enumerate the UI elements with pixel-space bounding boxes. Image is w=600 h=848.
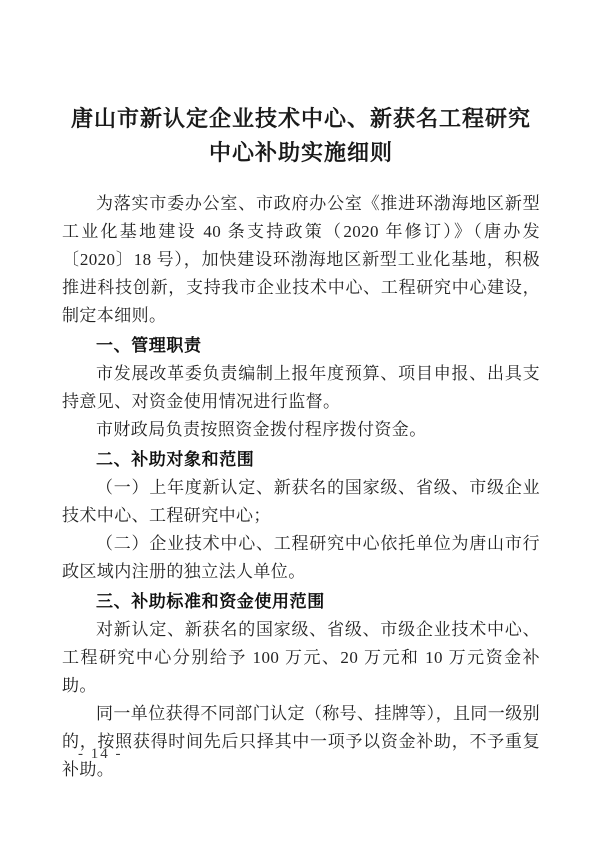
document-title: 唐山市新认定企业技术中心、新获名工程研究中心补助实施细则: [62, 102, 540, 170]
body-paragraph: 对新认定、新获名的国家级、省级、市级企业技术中心、工程研究中心分别给予 100 …: [62, 616, 540, 700]
section-heading-2: 二、补助对象和范围: [62, 446, 540, 474]
body-paragraph: 同一单位获得不同部门认定（称号、挂牌等），且同一级别的，按照获得时间先后只择其中…: [62, 700, 540, 784]
intro-paragraph: 为落实市委办公室、市政府办公室《推进环渤海地区新型工业化基地建设 40 条支持政…: [62, 190, 540, 330]
list-item-paragraph: （二）企业技术中心、工程研究中心依托单位为唐山市行政区域内注册的独立法人单位。: [62, 530, 540, 586]
section-heading-3: 三、补助标准和资金使用范围: [62, 588, 540, 616]
section-heading-1: 一、管理职责: [62, 332, 540, 360]
document-page: 唐山市新认定企业技术中心、新获名工程研究中心补助实施细则 为落实市委办公室、市政…: [0, 0, 600, 848]
document-body: 为落实市委办公室、市政府办公室《推进环渤海地区新型工业化基地建设 40 条支持政…: [62, 190, 540, 784]
page-number: - 14 -: [78, 744, 123, 764]
body-paragraph: 市财政局负责按照资金拨付程序拨付资金。: [62, 416, 540, 444]
body-paragraph: 市发展改革委负责编制上报年度预算、项目申报、出具支持意见、对资金使用情况进行监督…: [62, 360, 540, 416]
list-item-paragraph: （一）上年度新认定、新获名的国家级、省级、市级企业技术中心、工程研究中心；: [62, 474, 540, 530]
